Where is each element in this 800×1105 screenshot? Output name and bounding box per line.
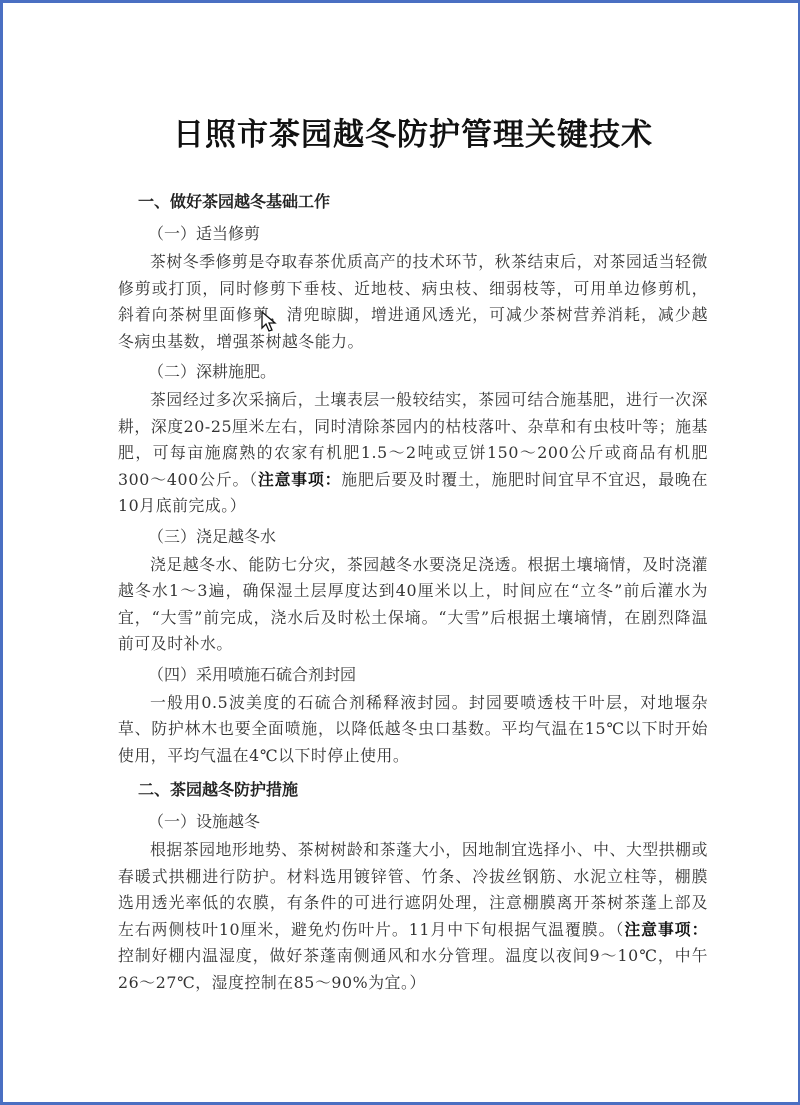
note-text: 控制好棚内温湿度，做好茶蓬南侧通风和水分管理。温度以夜间9～10℃，中午26～2…	[118, 946, 708, 992]
paragraph-1-3: 浇足越冬水、能防七分灾，茶园越冬水要浇足浇透。根据土壤墒情，及时浇灌越冬水1～3…	[118, 552, 708, 658]
document-viewer-frame: 日照市茶园越冬防护管理关键技术 一、做好茶园越冬基础工作 （一）适当修剪 茶树冬…	[0, 0, 800, 1105]
subsection-heading-1-3: （三）浇足越冬水	[148, 524, 708, 550]
subsection-heading-1-1: （一）适当修剪	[148, 221, 708, 247]
note-label: 注意事项：	[624, 920, 708, 939]
section-heading-2: 二、茶园越冬防护措施	[138, 777, 708, 803]
note-label: 注意事项：	[258, 470, 341, 489]
subsection-heading-1-4: （四）采用喷施石硫合剂封园	[148, 662, 708, 688]
paragraph-text: 根据茶园地形地势、茶树树龄和茶蓬大小，因地制宜选择小、中、大型拱棚或春暖式拱棚进…	[118, 840, 708, 939]
paragraph-2-1: 根据茶园地形地势、茶树树龄和茶蓬大小，因地制宜选择小、中、大型拱棚或春暖式拱棚进…	[118, 837, 708, 996]
paragraph-1-2: 茶园经过多次采摘后，土壤表层一般较结实，茶园可结合施基肥，进行一次深耕，深度20…	[118, 387, 708, 520]
page-title: 日照市茶园越冬防护管理关键技术	[118, 115, 708, 155]
document-page: 日照市茶园越冬防护管理关键技术 一、做好茶园越冬基础工作 （一）适当修剪 茶树冬…	[118, 115, 708, 1000]
subsection-heading-1-2: （二）深耕施肥。	[148, 359, 708, 385]
mouse-cursor-icon	[261, 311, 277, 333]
paragraph-1-1: 茶树冬季修剪是夺取春茶优质高产的技术环节，秋茶结束后，对茶园适当轻微修剪或打顶，…	[118, 249, 708, 355]
section-heading-1: 一、做好茶园越冬基础工作	[138, 189, 708, 215]
paragraph-1-4: 一般用0.5波美度的石硫合剂稀释液封园。封园要喷透枝干叶层，对地堰杂草、防护林木…	[118, 690, 708, 770]
subsection-heading-2-1: （一）设施越冬	[148, 809, 708, 835]
